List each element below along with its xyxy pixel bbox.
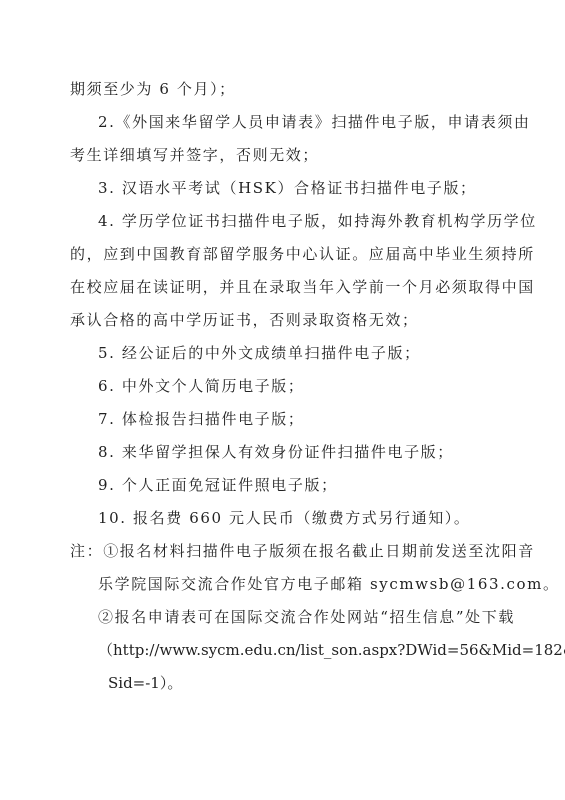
note-2-url: （http://www.sycm.edu.cn/list_son.aspx?DW…	[98, 640, 565, 660]
list-item-3: 3. 汉语水平考试（HSK）合格证书扫描件电子版；	[98, 178, 477, 198]
list-item-4-line1: 4. 学历学位证书扫描件电子版，如持海外教育机构学历学位	[98, 211, 537, 231]
list-item-6: 6. 中外文个人简历电子版；	[98, 376, 304, 396]
note-1-line1: 注：①报名材料扫描件电子版须在报名截止日期前发送至沈阳音	[70, 541, 535, 561]
list-item-4-line4: 承认合格的高中学历证书，否则录取资格无效；	[70, 310, 419, 330]
list-item-9: 9. 个人正面免冠证件照电子版；	[98, 475, 338, 495]
note-2-line1: ②报名申请表可在国际交流合作处网站“招生信息”处下载	[98, 607, 515, 627]
note-1-line2: 乐学院国际交流合作处官方电子邮箱 sycmwsb@163.com。	[98, 574, 560, 594]
list-item-2-line1: 2.《外国来华留学人员申请表》扫描件电子版，申请表须由	[98, 112, 531, 132]
document-page: 期须至少为 6 个月）； 2.《外国来华留学人员申请表》扫描件电子版，申请表须由…	[0, 0, 565, 800]
text-line-deadline-end: 期须至少为 6 个月）；	[70, 79, 236, 99]
list-item-10: 10. 报名费 660 元人民币（缴费方式另行通知）。	[98, 508, 471, 528]
list-item-4-line2: 的，应到中国教育部留学服务中心认证。应届高中毕业生须持所	[70, 244, 535, 264]
list-item-2-line2: 考生详细填写并签字，否则无效；	[70, 145, 319, 165]
list-item-5: 5. 经公证后的中外文成绩单扫描件电子版；	[98, 343, 421, 363]
list-item-7: 7. 体检报告扫描件电子版；	[98, 409, 304, 429]
list-item-4-line3: 在校应届在读证明，并且在录取当年入学前一个月必须取得中国	[70, 277, 535, 297]
note-2-url-end: Sid=-1）。	[108, 673, 182, 693]
list-item-8: 8. 来华留学担保人有效身份证件扫描件电子版；	[98, 442, 454, 462]
